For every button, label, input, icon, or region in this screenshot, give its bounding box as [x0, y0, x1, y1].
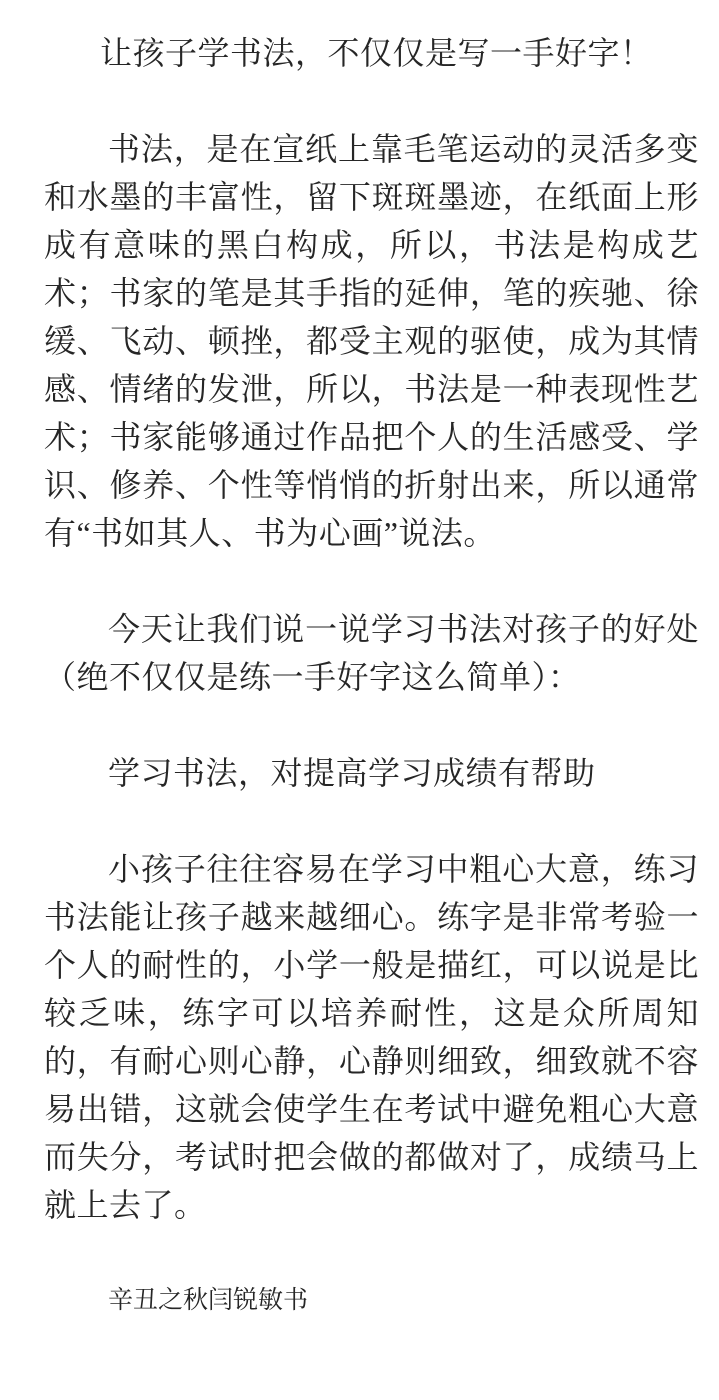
- section-heading-study-results: 学习书法，对提高学习成绩有帮助: [44, 749, 699, 797]
- document-title: 让孩子学书法，不仅仅是写一手好字！: [44, 29, 699, 77]
- signature: 辛丑之秋闫锐敏书: [44, 1277, 699, 1325]
- paragraph-intro-benefits: 今天让我们说一说学习书法对孩子的好处（绝不仅仅是练一手好字这么简单）：: [44, 605, 699, 701]
- paragraph-patience-carefulness: 小孩子往往容易在学习中粗心大意，练习书法能让孩子越来越细心。练字是非常考验一个人…: [44, 845, 699, 1229]
- document-page: 让孩子学书法，不仅仅是写一手好字！ 书法，是在宣纸上靠毛笔运动的灵活多变和水墨的…: [0, 0, 719, 1400]
- paragraph-calligraphy-definition: 书法，是在宣纸上靠毛笔运动的灵活多变和水墨的丰富性，留下斑斑墨迹，在纸面上形成有…: [44, 125, 699, 557]
